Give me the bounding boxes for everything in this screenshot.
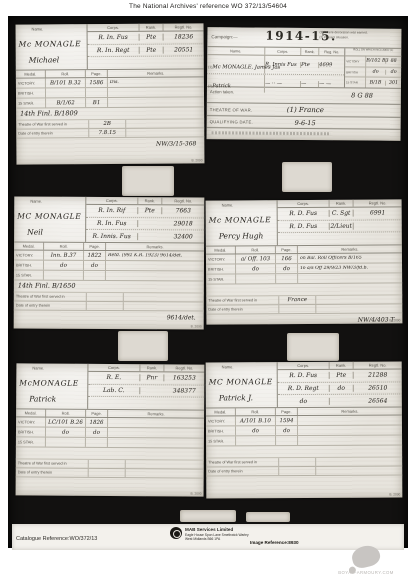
handwritten-note: 14th Finl. B/1650 — [18, 282, 76, 290]
victory-page: 1586 — [86, 78, 108, 87]
page-column-label: Page. — [86, 410, 108, 417]
victory-label: VICTORY. — [14, 251, 44, 260]
british-label: BRITISH. — [16, 88, 46, 97]
card-header-section: Name. MC MONAGLE Neil Corps. Rank. Regtl… — [14, 197, 204, 244]
corps-value: R. E. — [88, 374, 140, 381]
rank-value: Pte — [138, 207, 162, 214]
victory-roll: B/101 B.32 — [46, 78, 86, 87]
regno-value: 4699 — [319, 62, 344, 68]
forename-handwriting: Neil — [27, 228, 43, 237]
action-taken-label: Action taken. — [210, 89, 234, 94]
form-code: B. 2090 — [191, 492, 202, 496]
card-index-tab — [287, 333, 339, 361]
names-block: Name. Corps. Rank. Reg. No. (1)Mc MONAGL… — [207, 47, 345, 87]
victory-page: 1826 — [86, 418, 108, 427]
handwritten-note: 14th Finl. B/1809 — [20, 109, 78, 117]
regtl-no-value: 21288 — [354, 372, 402, 379]
regtl-no-column-label: Regtl. No. — [164, 364, 204, 371]
regtl-no-column-label: Regtl. No. — [354, 199, 402, 206]
corps-column-label: Corps. — [278, 362, 330, 369]
form-code: B. 2090 — [191, 324, 202, 328]
corps-value: Lab. C. — [88, 387, 140, 394]
corps-row: R. In. Rif Pte 7663 — [86, 205, 204, 218]
action-note-handwriting: 8 G 88 — [351, 91, 373, 99]
name-cell: Name. Mc MONAGLE Michael — [16, 24, 88, 70]
theatre-value — [278, 458, 316, 466]
medal-column-label: Medal. — [16, 70, 46, 77]
corps-row — [88, 57, 204, 69]
form-code: B. 2090 — [191, 158, 202, 162]
corps-grid: Corps. Rank. Regtl. No. R. D. Fus C. Sgt… — [278, 199, 402, 245]
rank-column-label: Rank. — [301, 48, 319, 55]
victory-page: 1822 — [84, 251, 106, 260]
regtl-no-value: 7663 — [162, 208, 204, 215]
handwritten-note-row — [16, 447, 204, 460]
victory-label: VICTORY — [345, 56, 366, 66]
name-label: Name. — [30, 199, 42, 204]
card-footer-area: NW/3/15-368 B. 2090 — [16, 137, 204, 164]
theatre-label: Theatre of War first served in — [14, 295, 86, 299]
star-label: 15 STAR — [345, 78, 366, 88]
watermark: BOYAR-ARMOURY.COM — [320, 546, 412, 575]
star-remarks — [298, 278, 402, 279]
british-roll: do — [366, 70, 386, 75]
remarks-column-label: Remarks. — [108, 69, 204, 77]
footnote-key: (1) Where decoration was earned. (2) Pre… — [319, 30, 399, 40]
rank-value: do — [330, 385, 354, 392]
corps-row: R. In. Regt Pte 20551 — [88, 44, 204, 57]
date-entry-value — [278, 305, 316, 313]
date-entry-label: Date of entry therein — [14, 304, 86, 308]
roll-column-label: Roll. — [46, 410, 86, 417]
theatre-label: Theatre of War first served in — [16, 122, 88, 127]
surname-handwriting: Mc MONAGLE — [19, 39, 82, 48]
star-roll — [236, 436, 276, 445]
corps-value: R. D. Fus — [278, 223, 330, 230]
rank-column-label: Rank. — [140, 24, 164, 31]
regno-value: — — — [319, 81, 344, 87]
medal-card-neil: Name. MC MONAGLE Neil Corps. Rank. Regtl… — [14, 197, 205, 330]
medal-column-label: Medal. — [16, 409, 46, 416]
regno-column-label: Reg. No. — [319, 48, 344, 55]
medal-column-label: Medal. — [14, 243, 44, 250]
victory-remarks: on Bal. Roll Officers B/165 — [298, 255, 402, 261]
surname-handwriting: McMONAGLE — [19, 378, 79, 387]
name-label: Name. — [222, 202, 234, 207]
regtl-no-value: 32400 — [162, 233, 204, 240]
star-label: 15 STAR. — [206, 274, 236, 283]
british-roll: do — [46, 428, 86, 437]
corps-row — [278, 233, 402, 246]
regtl-no-value: 29018 — [162, 220, 204, 227]
rank-value: 2/Lieut — [330, 223, 354, 230]
corps-column-label: Corps. — [88, 364, 140, 371]
forename-handwriting: Patrick — [29, 394, 56, 403]
star-remarks — [106, 275, 204, 276]
victory-remarks: Retd. (992 K.R. 1923) 9614/det. — [106, 253, 204, 259]
regtl-no-column-label: Regtl. No. — [164, 23, 204, 30]
victory-label: VICTORY. — [16, 78, 46, 87]
roll-column-label: Roll. — [44, 243, 84, 250]
corps-row: R. E. Pnr 163253 — [88, 372, 204, 385]
campaign-label: Campaign:— — [211, 34, 237, 39]
roll-column-label: Roll. — [46, 70, 86, 77]
british-row: BRITISH do do — [345, 67, 401, 78]
card-index-tab — [282, 162, 332, 192]
british-page: do — [276, 264, 298, 273]
surname-handwriting: MC MONAGLE — [17, 212, 81, 221]
date-entry-value — [86, 302, 124, 310]
qualifying-date-label: QUALIFYING DATE. — [207, 119, 269, 125]
card-index-tab — [118, 331, 168, 361]
victory-label: VICTORY. — [16, 417, 46, 426]
british-remarks — [108, 432, 204, 433]
page-column-label: Page. — [276, 408, 298, 415]
card-index-tab — [180, 510, 236, 522]
corps-row: R. D. Fus 2/Lieut — [278, 220, 402, 234]
form-code: B. 2090 — [389, 318, 400, 322]
corps-grid: Corps. Rank. Regtl. No. R. D. Fus Pte 21… — [278, 361, 402, 407]
british-label: BRITISH. — [16, 427, 46, 436]
british-page: do — [84, 261, 106, 270]
victory-remarks — [298, 420, 402, 421]
footnote-2: (2) Present situation. — [319, 35, 399, 40]
rank-value: Pte — [140, 47, 164, 54]
page-column-label: Page. — [86, 70, 108, 77]
remarks-column-label: Remarks. — [106, 243, 204, 251]
name-column-label: Name. — [207, 47, 265, 55]
corps-grid: Corps. Rank. Regtl. No. R. In. Fus Pte 1… — [88, 23, 204, 69]
corps-value: R. Innis. Fus — [86, 233, 138, 240]
star-label: 15 STAR. — [206, 436, 236, 445]
card-header-section: Name. McMONAGLE Patrick Corps. Rank. Reg… — [16, 363, 204, 410]
handwritten-note-row — [206, 445, 402, 458]
watermark-logo-icon — [350, 543, 382, 570]
corps-value: R. In. Regt — [88, 47, 140, 54]
corps-value: R. D. Fus — [278, 210, 330, 217]
corps-column-label: Corps. — [265, 48, 301, 55]
corps-row: R. In. Fus Pte 18236 — [88, 31, 204, 44]
page-column-label: Page. — [84, 243, 106, 250]
qualifying-date-value: 9-6-15 — [295, 118, 316, 126]
forename-handwriting: Michael — [29, 55, 59, 64]
page-column-label: Page. — [276, 246, 298, 253]
card-footer-area: 9614/det. B. 2090 — [14, 311, 204, 330]
corps-row: do 26564 — [278, 395, 402, 407]
star-row: 15 STAR B/1B 301 — [345, 78, 401, 88]
action-taken-row: Action taken. 8 G 88 — [207, 87, 401, 105]
corps-grid: Corps. Rank. Regtl. No. R. E. Pnr 163253… — [88, 364, 204, 410]
british-label: BRITISH. — [206, 426, 236, 435]
mab-services-block: MAB Services Limited Eagle House Spon La… — [170, 527, 249, 542]
corps-value: R. In. Rif — [86, 207, 138, 214]
date-entry-label: Date of entry therein — [16, 131, 88, 136]
date-entry-value — [88, 469, 126, 477]
theatre-label: Theatre of War first served in — [206, 298, 278, 303]
regtl-no-value: 18236 — [164, 34, 204, 41]
rank-value: Pte — [330, 372, 354, 379]
soldier-row: (1)Mc MONAGLE, James Jos R. Innis Fus Pt… — [207, 55, 344, 75]
regtl-no-value: 348377 — [164, 387, 204, 394]
victory-roll: B/102 B3 — [366, 59, 386, 64]
star-page — [84, 271, 106, 280]
name-cell: Name. MC MONAGLE Neil — [14, 197, 86, 242]
theatre-value: 2B — [88, 120, 126, 128]
star-label: 15 STAR. — [16, 437, 46, 446]
corps-column-label: Corps. — [86, 197, 138, 204]
british-roll: do — [236, 264, 276, 273]
rank-column-label: Rank. — [330, 200, 354, 207]
british-remarks — [108, 92, 204, 93]
card-footer-area: B. 2090 — [16, 477, 204, 496]
remarks-column-label: Remarks. — [108, 410, 204, 418]
british-page: do — [386, 70, 401, 75]
theatre-value — [86, 293, 124, 301]
medal-card-1914-15-star: Campaign:— 1914-15. (1) Where decoration… — [207, 27, 402, 141]
name-label: Name. — [32, 26, 44, 31]
rank-value: Pte — [301, 62, 319, 68]
forename-handwriting: Percy Hugh — [219, 231, 264, 240]
mab-address: MAB Services Limited Eagle House Spon La… — [185, 527, 249, 542]
date-entry-label: Date of entry therein — [206, 307, 278, 312]
roll-column-label: Roll. — [236, 246, 276, 253]
remarks-column-label: Remarks. — [298, 245, 402, 253]
rank-column-label: Rank. — [138, 197, 162, 204]
corps-row: R. D. Fus Pte 21288 — [278, 369, 402, 382]
victory-page: 88 — [386, 59, 401, 64]
british-label: BRITISH. — [14, 261, 44, 270]
regtl-no-column-label: Regtl. No. — [354, 361, 402, 368]
date-entry-value: 7.8.15 — [88, 129, 126, 137]
roll-block: ROLL ON WHICH INCLUDED (1) VICTORY B/102… — [345, 48, 401, 87]
victory-roll: a/ Off. 103 — [236, 254, 276, 263]
card-header-section: Name. MC MONAGLE Patrick J. Corps. Rank.… — [206, 361, 402, 408]
name-cell: Name. McMONAGLE Patrick — [16, 363, 88, 409]
corps-value: R. D. Regt — [278, 385, 330, 392]
regtl-no-value: 26510 — [354, 384, 402, 391]
corps-value: R. D. Fus — [278, 372, 330, 379]
card-footer-area: B. 2090 — [206, 475, 402, 498]
victory-remarks — [108, 422, 204, 423]
british-label: BRITISH. — [206, 264, 236, 273]
british-roll — [46, 88, 86, 97]
rank-value: Pnr — [140, 375, 164, 382]
card-index-tab — [246, 512, 290, 522]
scanned-document-region: Name. Mc MONAGLE Michael Corps. Rank. Re… — [8, 16, 408, 548]
british-page: do — [86, 428, 108, 437]
remarks-column-label: Remarks. — [298, 407, 402, 415]
star-roll — [44, 271, 84, 280]
corps-value: R. Innis Fus — [265, 62, 301, 68]
victory-row: VICTORY B/102 B3 88 — [345, 56, 401, 67]
corps-row: R. D. Regt do 26510 — [278, 382, 402, 395]
british-roll: do — [44, 261, 84, 270]
corps-column-label: Corps. — [88, 24, 140, 31]
theatre-value — [88, 460, 126, 468]
corps-column-label: Corps. — [278, 200, 330, 207]
corps-row: R. In. Fus 29018 — [86, 218, 204, 231]
theatre-label: Theatre of War first served in — [206, 460, 278, 464]
star-page — [276, 436, 298, 445]
mab-address-line2: West Midlands B66 1PA — [185, 537, 249, 542]
handwritten-note-row: 14th Finl. B/1809 — [16, 107, 204, 120]
corps-grid: Corps. Rank. Regtl. No. R. In. Rif Pte 7… — [86, 197, 204, 243]
medal-card-patrick-j: Name. MC MONAGLE Patrick J. Corps. Rank.… — [206, 361, 403, 498]
british-remarks — [106, 265, 204, 266]
card-header-section: Name. Mc MONAGLE Michael Corps. Rank. Re… — [16, 23, 204, 70]
regtl-no-value: 20551 — [164, 46, 204, 53]
star-remarks — [108, 442, 204, 443]
british-remarks — [298, 430, 402, 431]
corps-row: R. Innis. Fus 32400 — [86, 230, 204, 242]
regtl-no-value: 6991 — [354, 210, 402, 217]
star-label: 15 STAR. — [14, 271, 44, 280]
watermark-text: BOYAR-ARMOURY.COM — [320, 570, 412, 575]
rank-value: — — [301, 81, 319, 87]
theatre-value: France — [278, 296, 316, 304]
star-page — [276, 274, 298, 283]
medal-card-percy-hugh: Name. Mc MONAGLE Percy Hugh Corps. Rank.… — [206, 199, 403, 324]
star-roll: B/1B — [366, 80, 386, 85]
star-page: 301 — [386, 80, 401, 85]
name-cell: Name. Mc MONAGLE Percy Hugh — [206, 200, 278, 246]
card-header-section: Name. Mc MONAGLE Percy Hugh Corps. Rank.… — [206, 199, 402, 246]
date-entry-value — [278, 467, 316, 475]
roll-column-label: Roll. — [236, 408, 276, 415]
star-label: 15 STAR. — [16, 98, 46, 107]
corps-value: do — [278, 398, 330, 405]
theatre-label: Theatre of War first served in — [16, 461, 88, 466]
medal-column-label: Medal. — [206, 408, 236, 415]
illegible-small-print — [212, 131, 331, 135]
surname-handwriting: Mc MONAGLE — [209, 215, 272, 224]
star-remarks — [108, 102, 204, 103]
victory-roll: LC/101 B.26 — [46, 418, 86, 427]
victory-page: 166 — [276, 254, 298, 263]
mab-logo-icon — [170, 527, 182, 539]
corps-row: R. D. Fus C. Sgt 6991 — [278, 207, 402, 221]
rank-column-label: Rank. — [140, 364, 164, 371]
rank-value: C. Sgt — [330, 210, 354, 217]
corps-row — [88, 397, 204, 409]
handwritten-note-row: 14th Finl. B/1650 — [14, 281, 204, 294]
victory-label: VICTORY. — [206, 254, 236, 263]
medal-column-label: Medal. — [206, 246, 236, 253]
star-roll: B/1/62 — [46, 98, 86, 107]
corps-value: R. In. Fus — [88, 34, 140, 41]
forename-handwriting: Patrick J. — [219, 393, 253, 402]
theatre-value: (1) France — [287, 106, 324, 114]
star-card-table: Name. Corps. Rank. Reg. No. (1)Mc MONAGL… — [207, 47, 401, 89]
name-label: Name. — [32, 365, 44, 370]
victory-roll: A/101 B.10 — [236, 416, 276, 425]
british-page: do — [276, 426, 298, 435]
surname-handwriting: MC MONAGLE — [209, 377, 273, 386]
corps-value: — ·· — — [265, 81, 301, 87]
british-label: BRITISH — [345, 67, 366, 77]
victory-page: 1594 — [276, 416, 298, 425]
corps-value: R. In. Fus — [86, 220, 138, 227]
date-entry-label: Date of entry therein — [206, 469, 278, 473]
star-page — [86, 438, 108, 447]
theatre-label: THEATRE OF WAR. — [207, 107, 269, 113]
victory-roll: Inn. B.37 — [44, 251, 84, 260]
corner-reference: 9614/det. — [167, 314, 196, 321]
form-code: B. 2090 — [389, 492, 400, 496]
name-label: Name. — [222, 364, 234, 369]
catalogue-reference: Catalogue Reference:WO/372/13 — [16, 536, 97, 542]
date-entry-label: Date of entry therein — [16, 470, 88, 475]
star-card-header: Campaign:— 1914-15. (1) Where decoration… — [207, 27, 401, 49]
medal-card-michael: Name. Mc MONAGLE Michael Corps. Rank. Re… — [16, 23, 205, 164]
star-remarks — [298, 440, 402, 441]
regtl-no-value: 163253 — [164, 375, 204, 382]
card-footer-area: NW/4/403 T B. 2090 — [206, 313, 402, 324]
regtl-no-column-label: Regtl. No. — [162, 197, 204, 204]
british-page — [86, 88, 108, 97]
star-page: B1 — [86, 98, 108, 107]
victory-remarks: Dis. — [108, 79, 204, 85]
british-roll: do — [236, 426, 276, 435]
name-cell: Name. MC MONAGLE Patrick J. — [206, 362, 278, 407]
soldier-name: (1)Mc MONAGLE, James Jos — [207, 55, 265, 74]
regtl-no-value: 26564 — [354, 397, 402, 404]
archive-reference-caption: The National Archives' reference WO 372/… — [0, 3, 416, 10]
small-print-area — [207, 128, 401, 141]
corner-reference: NW/3/15-368 — [156, 140, 196, 147]
british-remarks: To a/s Off 29/9/23 NW/3/fd.b. — [298, 265, 402, 271]
rank-column-label: Rank. — [330, 362, 354, 369]
handwritten-note-row — [206, 283, 402, 296]
star-roll — [236, 274, 276, 283]
star-roll — [46, 438, 86, 447]
corps-row: Lab. C. 348377 — [88, 385, 204, 398]
image-reference: Image Reference:8930 — [250, 540, 299, 545]
victory-label: VICTORY. — [206, 416, 236, 425]
card-index-tab — [122, 166, 174, 196]
medal-card-patrick: Name. McMONAGLE Patrick Corps. Rank. Reg… — [16, 363, 205, 496]
rank-value: Pte — [140, 34, 164, 41]
